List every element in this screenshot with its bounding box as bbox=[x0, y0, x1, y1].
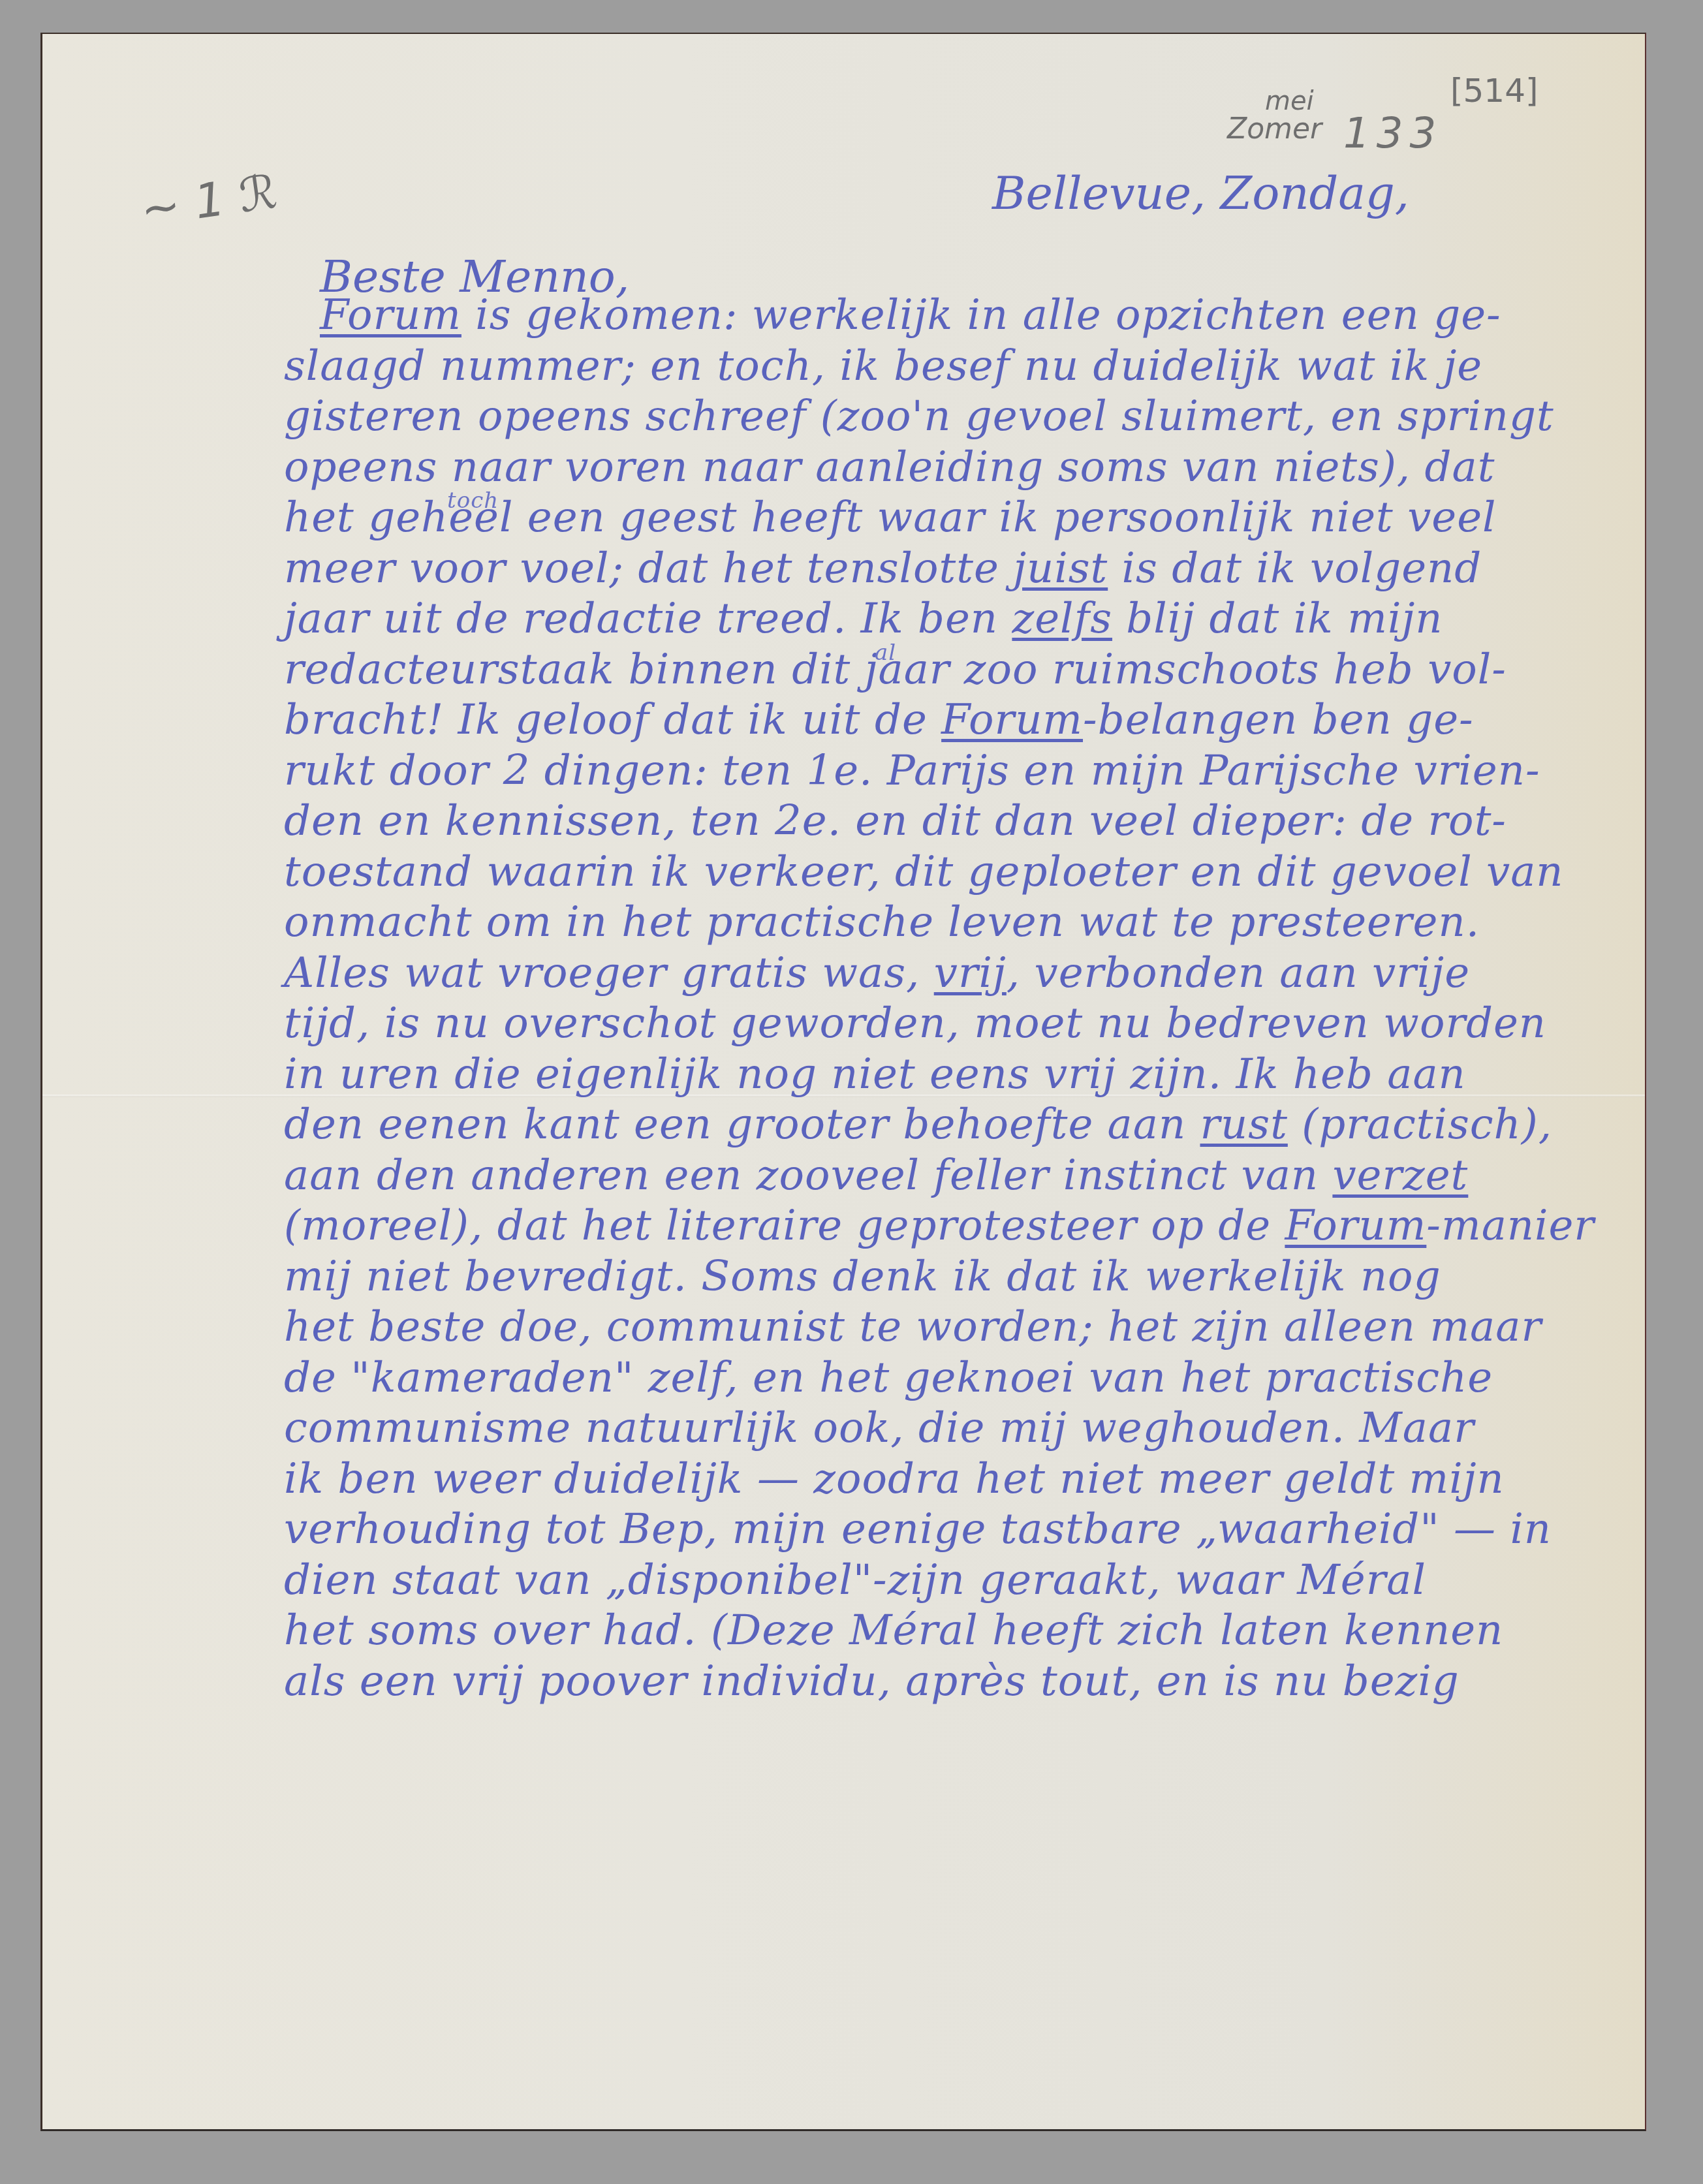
body-line: dien staat van „disponibel"-zijn geraakt… bbox=[284, 1555, 1658, 1606]
body-line: Alles wat vroeger gratis was, vrij, verb… bbox=[284, 948, 1658, 999]
body-line: slaagd nummer; en toch, ik besef nu duid… bbox=[284, 341, 1658, 392]
body-line: de "kameraden" zelf, en het geknoei van … bbox=[284, 1353, 1658, 1404]
body-line: communisme natuurlijk ook, die mij wegho… bbox=[284, 1403, 1658, 1454]
body-line: in uren die eigenlijk nog niet eens vrij… bbox=[284, 1050, 1658, 1100]
body-line: den en kennissen, ten 2e. en dit dan vee… bbox=[284, 796, 1658, 847]
letter-body: Forum is gekomen: werkelijk in alle opzi… bbox=[300, 290, 1658, 1707]
body-line: redacteurstaak binnen dit jaaral zoo rui… bbox=[284, 645, 1658, 696]
body-line: verhouding tot Bep, mijn eenige tastbare… bbox=[284, 1505, 1658, 1555]
body-line: bracht! Ik geloof dat ik uit de Forum-be… bbox=[284, 695, 1658, 746]
body-line: als een vrij poover individu, après tout… bbox=[284, 1657, 1658, 1708]
interlinear-insertion: toch bbox=[447, 476, 499, 527]
body-line: gisteren opeens schreef (zoo'n gevoel sl… bbox=[284, 392, 1658, 443]
body-line: ik ben weer duidelijk — zoodra het niet … bbox=[284, 1454, 1658, 1505]
body-line: toestand waarin ik verkeer, dit geploete… bbox=[284, 847, 1658, 898]
body-line: rukt door 2 dingen: ten 1e. Parijs en mi… bbox=[284, 746, 1658, 797]
body-line: aan den anderen een zooveel feller insti… bbox=[284, 1151, 1658, 1202]
archive-reference: [514] bbox=[1450, 72, 1538, 110]
body-line: het geheeltoch een geest heeft waar ik p… bbox=[284, 493, 1658, 544]
body-line: tijd, is nu overschot geworden, moet nu … bbox=[284, 999, 1658, 1050]
body-line: jaar uit de redactie treed. Ik ben zelfs… bbox=[284, 594, 1658, 645]
body-line: Forum is gekomen: werkelijk in alle opzi… bbox=[300, 290, 1658, 341]
body-line: het soms over had. (Deze Méral heeft zic… bbox=[284, 1606, 1658, 1657]
body-line: onmacht om in het practische leven wat t… bbox=[284, 897, 1658, 948]
body-line: den eenen kant een grooter behoefte aan … bbox=[284, 1100, 1658, 1151]
pencil-page-number: 133 bbox=[1343, 110, 1443, 158]
body-line: (moreel), dat het literaire geprotesteer… bbox=[284, 1201, 1658, 1252]
body-line: meer voor voel; dat het tenslotte juist … bbox=[284, 544, 1658, 595]
interlinear-insertion: al bbox=[875, 628, 896, 679]
body-line: het beste doe, communist te worden; het … bbox=[284, 1302, 1658, 1353]
pencil-season-note: Zomer bbox=[1227, 112, 1322, 146]
body-line: mij niet bevredigt. Soms denk ik dat ik … bbox=[284, 1252, 1658, 1303]
dateline: Bellevue, Zondag, bbox=[992, 166, 1409, 220]
